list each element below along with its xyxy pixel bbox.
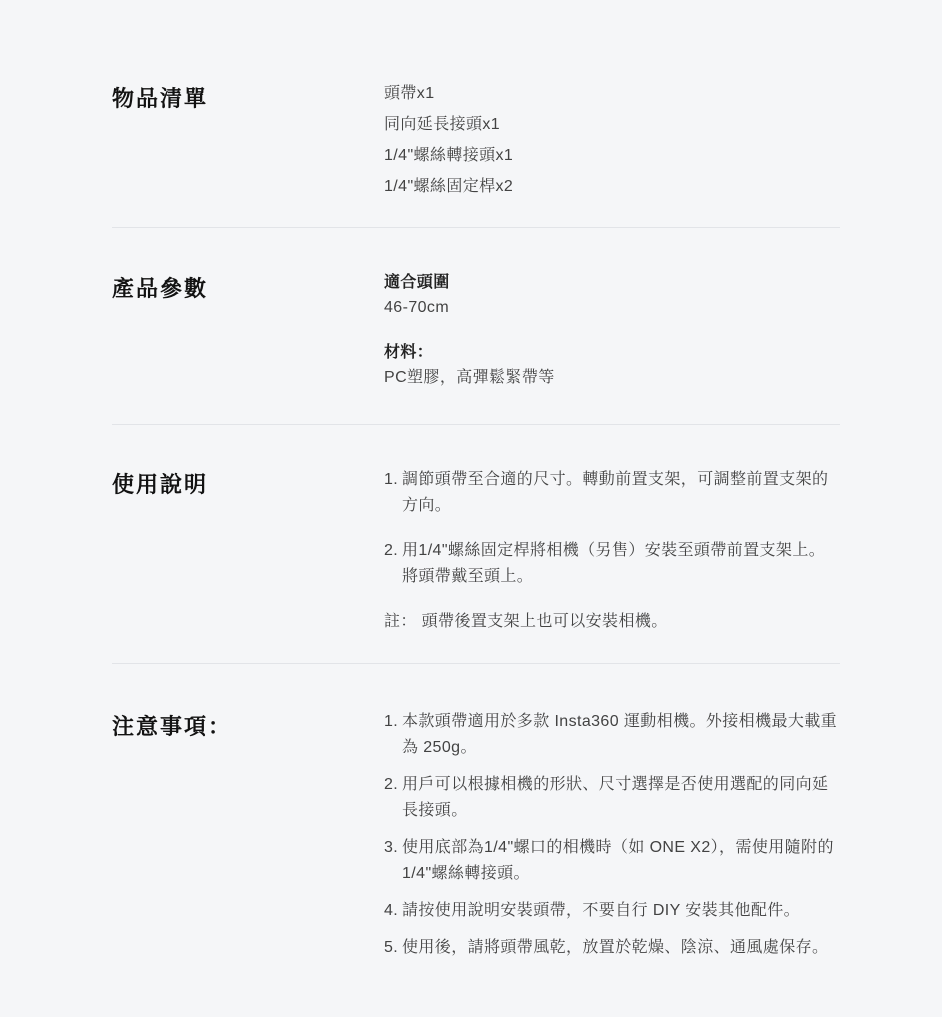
section-heading-column: 物品清單 (112, 81, 384, 112)
product-params-content: 適合頭圍 46-70cm 材料： PC塑膠，高彈鬆緊帶等 (384, 271, 840, 391)
item-line: 1/4"螺絲固定桿x2 (384, 174, 840, 200)
numbered-item: 2. 用戶可以根據相機的形狀、尺寸選擇是否使用選配的同向延長接頭。 (384, 772, 840, 824)
cautions-heading: 注意事項： (112, 714, 384, 740)
item-number: 1. (384, 467, 402, 519)
section-cautions: 注意事項： 1. 本款頭帶適用於多款 Insta360 運動相機。外接相機最大載… (112, 664, 840, 961)
item-number: 4. (384, 898, 402, 924)
item-text: 用戶可以根據相機的形狀、尺寸選擇是否使用選配的同向延長接頭。 (402, 772, 840, 824)
section-usage-instructions: 使用說明 1. 調節頭帶至合適的尺寸。轉動前置支架，可調整前置支架的方向。 2.… (112, 425, 840, 663)
usage-note: 註： 頭帶後置支架上也可以安裝相機。 (384, 609, 840, 635)
param-label: 適合頭圍 (384, 271, 840, 295)
param-value: 46-70cm (384, 295, 840, 321)
product-detail-page: 物品清單 頭帶x1 同向延長接頭x1 1/4"螺絲轉接頭x1 1/4"螺絲固定桿… (0, 0, 942, 1017)
param-group: 材料： PC塑膠，高彈鬆緊帶等 (384, 341, 840, 391)
item-number: 2. (384, 772, 402, 824)
section-product-params: 產品參數 適合頭圍 46-70cm 材料： PC塑膠，高彈鬆緊帶等 (112, 228, 840, 424)
item-text: 本款頭帶適用於多款 Insta360 運動相機。外接相機最大載重為 250g。 (402, 709, 840, 761)
product-params-heading: 產品參數 (112, 276, 384, 302)
item-text: 使用後，請將頭帶風乾，放置於乾燥、陰涼、通風處保存。 (402, 935, 840, 961)
item-number: 3. (384, 835, 402, 887)
numbered-item: 3. 使用底部為1/4"螺口的相機時（如 ONE X2），需使用隨附的1/4"螺… (384, 835, 840, 887)
section-heading-column: 使用說明 (112, 467, 384, 498)
item-list-heading: 物品清單 (112, 86, 384, 112)
section-heading-column: 注意事項： (112, 709, 384, 740)
param-value: PC塑膠，高彈鬆緊帶等 (384, 365, 840, 391)
param-group: 適合頭圍 46-70cm (384, 271, 840, 321)
item-text: 請按使用說明安裝頭帶，不要自行 DIY 安裝其他配件。 (402, 898, 840, 924)
item-number: 1. (384, 709, 402, 761)
usage-instructions-heading: 使用說明 (112, 472, 384, 498)
numbered-item: 2. 用1/4"螺絲固定桿將相機（另售）安裝至頭帶前置支架上。將頭帶戴至頭上。 (384, 538, 840, 590)
item-number: 2. (384, 538, 402, 590)
numbered-item: 4. 請按使用說明安裝頭帶，不要自行 DIY 安裝其他配件。 (384, 898, 840, 924)
numbered-item: 5. 使用後，請將頭帶風乾，放置於乾燥、陰涼、通風處保存。 (384, 935, 840, 961)
item-text: 使用底部為1/4"螺口的相機時（如 ONE X2），需使用隨附的1/4"螺絲轉接… (402, 835, 840, 887)
item-line: 頭帶x1 (384, 81, 840, 107)
item-list-content: 頭帶x1 同向延長接頭x1 1/4"螺絲轉接頭x1 1/4"螺絲固定桿x2 (384, 81, 840, 200)
item-line: 同向延長接頭x1 (384, 112, 840, 138)
numbered-item: 1. 調節頭帶至合適的尺寸。轉動前置支架，可調整前置支架的方向。 (384, 467, 840, 519)
item-line: 1/4"螺絲轉接頭x1 (384, 143, 840, 169)
item-number: 5. (384, 935, 402, 961)
item-text: 用1/4"螺絲固定桿將相機（另售）安裝至頭帶前置支架上。將頭帶戴至頭上。 (402, 538, 840, 590)
usage-instructions-content: 1. 調節頭帶至合適的尺寸。轉動前置支架，可調整前置支架的方向。 2. 用1/4… (384, 467, 840, 635)
numbered-item: 1. 本款頭帶適用於多款 Insta360 運動相機。外接相機最大載重為 250… (384, 709, 840, 761)
section-heading-column: 產品參數 (112, 271, 384, 302)
param-label: 材料： (384, 341, 840, 365)
section-item-list: 物品清單 頭帶x1 同向延長接頭x1 1/4"螺絲轉接頭x1 1/4"螺絲固定桿… (112, 81, 840, 227)
item-text: 調節頭帶至合適的尺寸。轉動前置支架，可調整前置支架的方向。 (402, 467, 840, 519)
cautions-content: 1. 本款頭帶適用於多款 Insta360 運動相機。外接相機最大載重為 250… (384, 709, 840, 961)
